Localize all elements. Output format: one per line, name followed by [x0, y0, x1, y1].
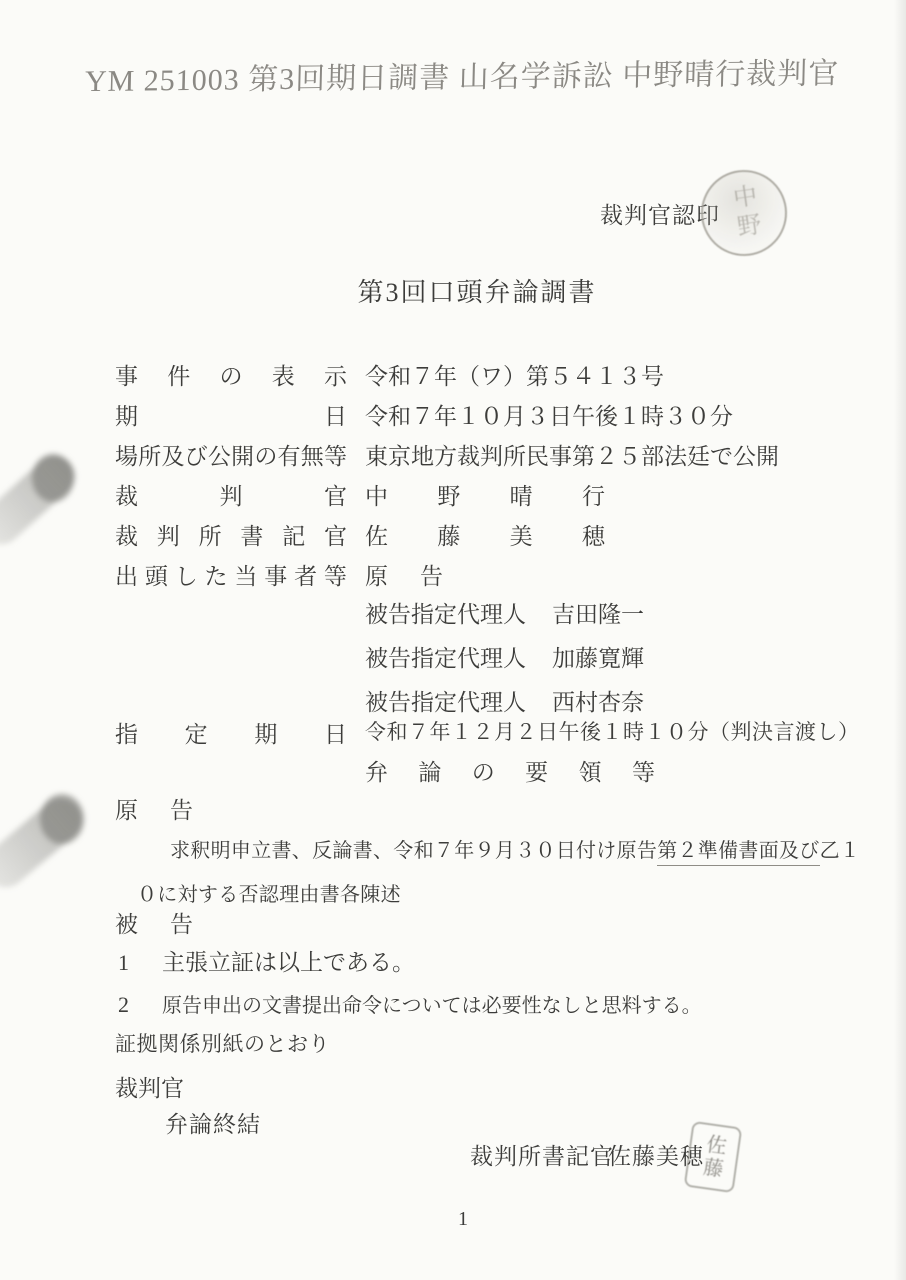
scan-edge-shade: [894, 0, 906, 1280]
clerk-signature-label: 裁判所書記官: [470, 1138, 614, 1171]
scan-smudge-head: [40, 794, 84, 844]
clerk-seal-text: 佐藤: [695, 1132, 730, 1182]
appearance-role: 被告指定代理人: [365, 646, 526, 671]
appearance-role: 被告指定代理人: [365, 602, 526, 627]
field-label: 出頭した当事者等: [115, 558, 347, 591]
field-row-next-date: 指定期日 令和７年１２月２日午後１時１０分（判決言渡し）: [115, 716, 860, 749]
scan-smudge-head: [32, 454, 74, 502]
summary-heading-row: 弁論の要領等: [365, 754, 655, 787]
field-label: 事件の表示: [115, 358, 347, 391]
appearance-name: 加藤寛輝: [552, 646, 644, 671]
handwritten-annotation: YM 251003 第3回期日調書 山名学訴訟 中野晴行裁判官: [84, 48, 865, 100]
judge-statement: 弁論終結: [165, 1106, 261, 1139]
judge-seal-stamp: 中野: [694, 163, 794, 263]
field-value: 東京地方裁判所民事第２５部法廷で公開: [365, 438, 779, 471]
defendant-item-2: 2原告申出の文書提出命令については必要性なしと思料する。: [118, 989, 702, 1018]
page-title: 第3回口頭弁論調書: [0, 272, 906, 309]
page-number: 1: [0, 1208, 906, 1231]
summary-heading: 弁論の要領等: [365, 754, 655, 787]
item-text: 主張立証は以上である。: [162, 950, 415, 975]
field-label: 期日: [115, 398, 347, 431]
statement-text: 乙１: [820, 840, 861, 862]
plaintiff-statement-line1: 求釈明申立書、反論書、令和７年９月３０日付け原告第２準備書面及び乙１: [170, 834, 860, 863]
field-label: 場所及び公開の有無等: [115, 438, 347, 471]
field-row-clerk: 裁判所書記官 佐藤美穂: [115, 518, 605, 551]
appearance-name: 西村杏奈: [552, 690, 644, 715]
plaintiff-heading: 原告: [115, 792, 193, 825]
field-row-hearing-date: 期日 令和７年１０月３日午後１時３０分: [115, 398, 733, 431]
appearance-row: 被告指定代理人西村杏奈: [365, 684, 644, 717]
judge-heading: 裁判官: [115, 1070, 184, 1103]
field-value: 佐藤美穂: [365, 518, 605, 551]
evidence-note: 証拠関係別紙のとおり: [115, 1028, 330, 1058]
statement-text: 求釈明申立書、反論書、令和７年９月３０日付け原告: [170, 840, 657, 862]
field-value: 中野晴行: [365, 478, 605, 511]
item-text: 原告申出の文書提出命令については必要性なしと思料する。: [162, 995, 702, 1017]
plaintiff-statement-line2: ０に対する否認理由書各陳述: [137, 878, 401, 907]
item-number: 2: [118, 992, 162, 1018]
field-row-case-number: 事件の表示 令和７年（ワ）第５４１３号: [115, 358, 664, 391]
statement-underlined-text: 第２準備書面及び: [657, 840, 819, 866]
field-label: 裁判所書記官: [115, 518, 347, 551]
field-value: 令和７年１２月２日午後１時１０分（判決言渡し）: [365, 716, 860, 746]
defendant-heading: 被告: [115, 906, 193, 939]
field-row-judge: 裁判官 中野晴行: [115, 478, 605, 511]
appearance-role: 被告指定代理人: [365, 690, 526, 715]
field-label: 指定期日: [115, 716, 347, 749]
court-record-page: YM 251003 第3回期日調書 山名学訴訟 中野晴行裁判官 裁判官認印 中野…: [0, 0, 906, 1280]
field-value: 令和７年（ワ）第５４１３号: [365, 358, 664, 391]
item-number: 1: [118, 950, 162, 976]
field-value: 原告: [365, 558, 443, 591]
field-value: 令和７年１０月３日午後１時３０分: [365, 398, 733, 431]
judge-seal-text: 中野: [723, 182, 766, 244]
field-row-place: 場所及び公開の有無等 東京地方裁判所民事第２５部法廷で公開: [115, 438, 779, 471]
appearance-row: 被告指定代理人加藤寛輝: [365, 640, 644, 673]
scan-smudge: [0, 786, 102, 901]
appearance-name: 吉田隆一: [552, 602, 644, 627]
appearance-row: 被告指定代理人吉田隆一: [365, 596, 644, 629]
defendant-item-1: 1主張立証は以上である。: [118, 944, 415, 977]
clerk-seal-stamp: 佐藤: [684, 1121, 743, 1193]
field-row-appearing-parties: 出頭した当事者等 原告: [115, 558, 443, 591]
scan-smudge: [0, 450, 100, 565]
field-label: 裁判官: [115, 478, 347, 511]
